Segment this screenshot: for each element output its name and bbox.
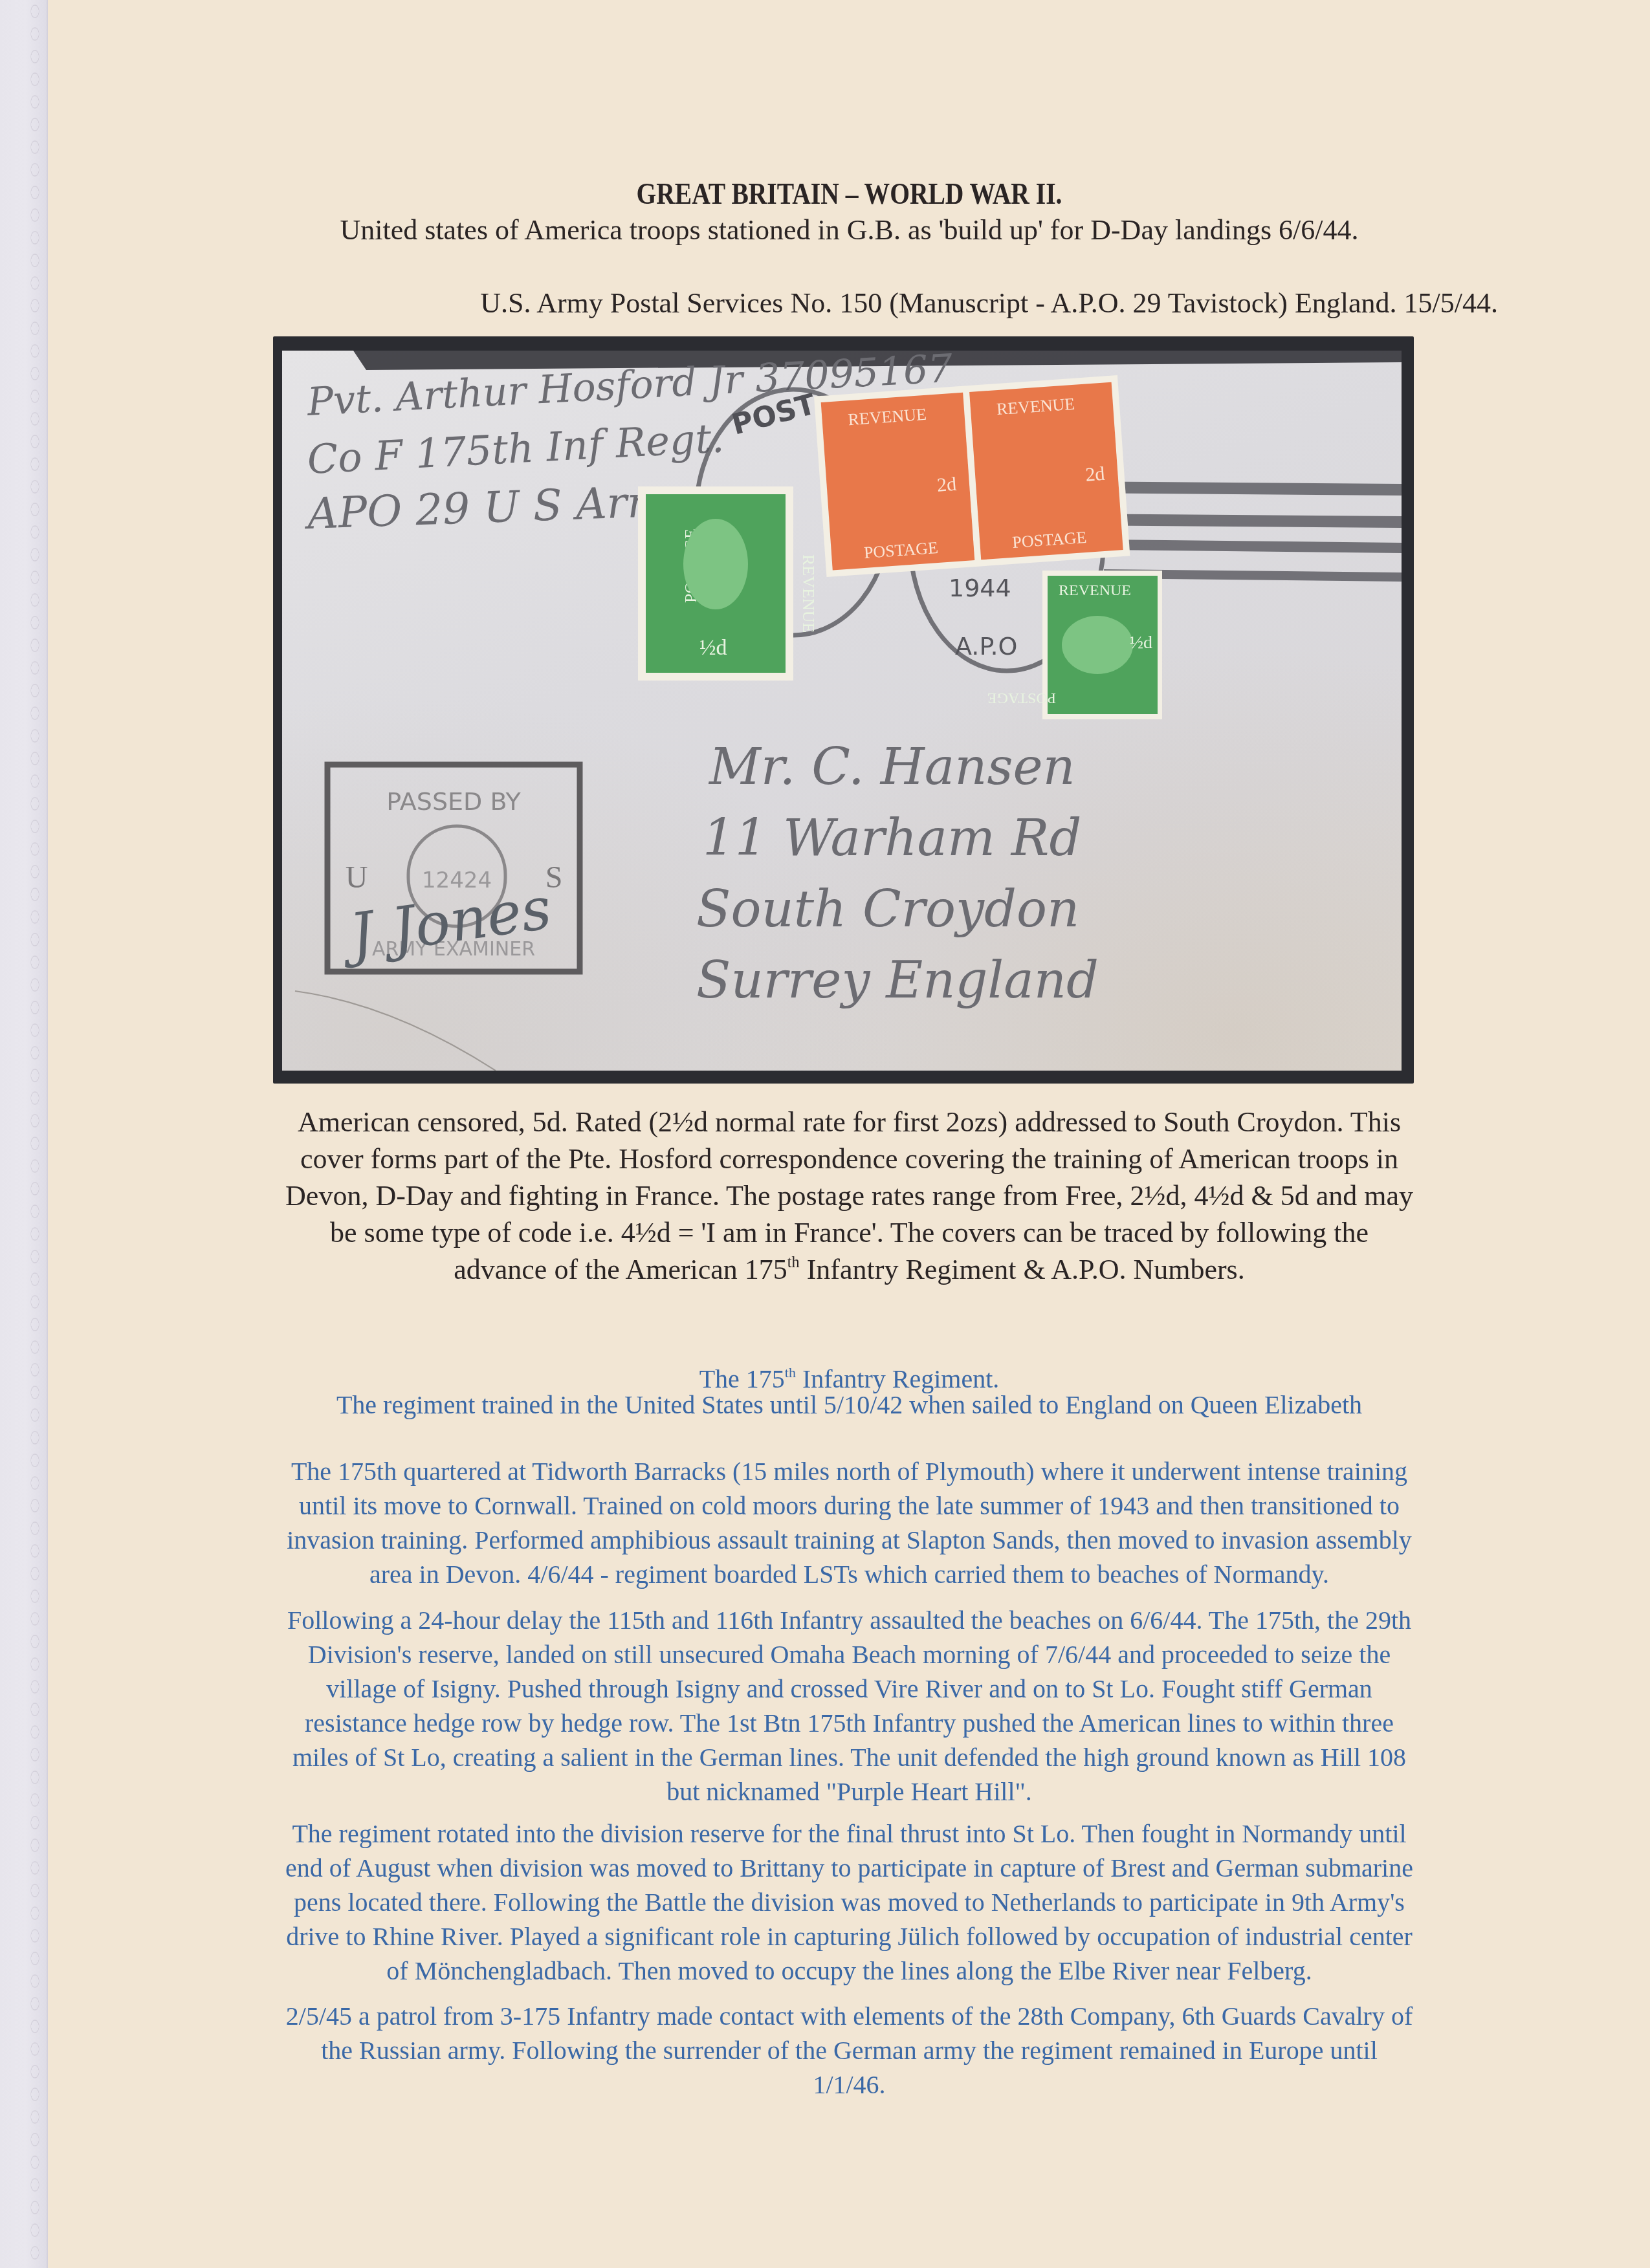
apo-description: U.S. Army Postal Services No. 150 (Manus… [480, 287, 1498, 320]
svg-text:2d: 2d [936, 474, 957, 496]
history-paragraph: 2/5/45 a patrol from 3-175 Infantry made… [178, 1999, 1521, 2102]
address-line: South Croydon [696, 880, 1079, 939]
history-paragraph: The 175th quartered at Tidworth Barracks… [178, 1454, 1521, 1591]
svg-text:PASSED BY: PASSED BY [386, 787, 521, 816]
address-line: Mr. C. Hansen [708, 738, 1075, 796]
cover-artwork: Pvt. Arthur Hosford Jr 37095167 Co F 175… [282, 351, 1402, 1071]
history-line: The regiment rotated into the division r… [292, 1819, 1406, 1848]
album-page: GREAT BRITAIN – WORLD WAR II. United sta… [49, 12, 1650, 2268]
address-line: 11 Warham Rd [703, 809, 1081, 867]
history-paragraph: Following a 24-hour delay the 115th and … [178, 1603, 1521, 1809]
history-line: of Mönchengladbach. Then moved to occupy… [386, 1956, 1312, 1985]
caption-line: American censored, 5d. Rated (2½d normal… [49, 1104, 1650, 1140]
stamp-half-penny-green: POSTAGE REVENUE ½d [638, 486, 818, 681]
history-line: the Russian army. Following the surrende… [321, 2036, 1378, 2065]
caption-line: advance of the American 175th Infantry R… [49, 1251, 1650, 1288]
history-paragraph: The regiment rotated into the division r… [178, 1816, 1521, 1988]
envelope-cover: Pvt. Arthur Hosford Jr 37095167 Co F 175… [282, 351, 1402, 1071]
page-subtitle: United states of America troops statione… [49, 213, 1650, 246]
history-line: invasion training. Performed amphibious … [287, 1525, 1412, 1554]
sender-line: APO 29 U S Army [303, 475, 693, 539]
history-line: drive to Rhine River. Played a significa… [286, 1922, 1413, 1951]
sender-line: Co F 175th Inf Regt. [306, 414, 725, 483]
history-paragraph: The regiment trained in the United State… [178, 1388, 1521, 1422]
binder-strip [0, 0, 48, 2268]
history-line: miles of St Lo, creating a salient in th… [292, 1743, 1406, 1772]
svg-text:REVENUE: REVENUE [799, 554, 818, 633]
svg-text:U: U [346, 860, 368, 895]
history-line: until its move to Cornwall. Trained on c… [299, 1491, 1400, 1520]
caption-line: be some type of code i.e. 4½d = 'I am in… [49, 1214, 1650, 1251]
history-line: but nicknamed "Purple Heart Hill". [666, 1777, 1032, 1806]
history-line: village of Isigny. Pushed through Isigny… [326, 1674, 1372, 1703]
cover-mount: Pvt. Arthur Hosford Jr 37095167 Co F 175… [273, 336, 1414, 1084]
svg-text:½d: ½d [699, 636, 727, 660]
binder-holes [26, 0, 44, 2268]
history-line: The 175th quartered at Tidworth Barracks… [291, 1457, 1407, 1486]
stamp-pair-2d-orange: REVENUE REVENUE POSTAGE POSTAGE 2d 2d [814, 375, 1130, 577]
history-line: end of August when division was moved to… [285, 1853, 1413, 1882]
history-line: pens located there. Following the Battle… [294, 1888, 1405, 1917]
svg-text:2d: 2d [1084, 463, 1105, 486]
svg-text:POSTAGE: POSTAGE [987, 690, 1056, 706]
svg-text:½d: ½d [1130, 633, 1152, 653]
svg-text:A.P.O: A.P.O [955, 632, 1017, 660]
page-title: GREAT BRITAIN – WORLD WAR II. [160, 177, 1538, 211]
svg-text:REVENUE: REVENUE [1059, 582, 1131, 599]
address-line: Surrey England [696, 952, 1099, 1010]
history-line: resistance hedge row by hedge row. The 1… [305, 1708, 1394, 1738]
history-line: 2/5/45 a patrol from 3-175 Infantry made… [286, 2001, 1413, 2031]
censor-handstamp: PASSED BY 12424 U S ARMY EXAMINER J Jone… [327, 765, 580, 972]
history-line: The regiment trained in the United State… [336, 1390, 1362, 1419]
history-line: area in Devon. 4/6/44 - regiment boarded… [369, 1560, 1329, 1589]
svg-text:1944: 1944 [949, 574, 1011, 602]
history-line: Division's reserve, landed on still unse… [308, 1640, 1391, 1669]
caption-line: cover forms part of the Pte. Hosford cor… [49, 1140, 1650, 1177]
caption-line: Devon, D-Day and fighting in France. The… [49, 1177, 1650, 1214]
history-line: Following a 24-hour delay the 115th and … [287, 1606, 1411, 1635]
cover-description: American censored, 5d. Rated (2½d normal… [49, 1104, 1650, 1288]
history-line: 1/1/46. [813, 2070, 885, 2099]
recipient-address: Mr. C. Hansen 11 Warham Rd South Croydon… [696, 738, 1099, 1010]
